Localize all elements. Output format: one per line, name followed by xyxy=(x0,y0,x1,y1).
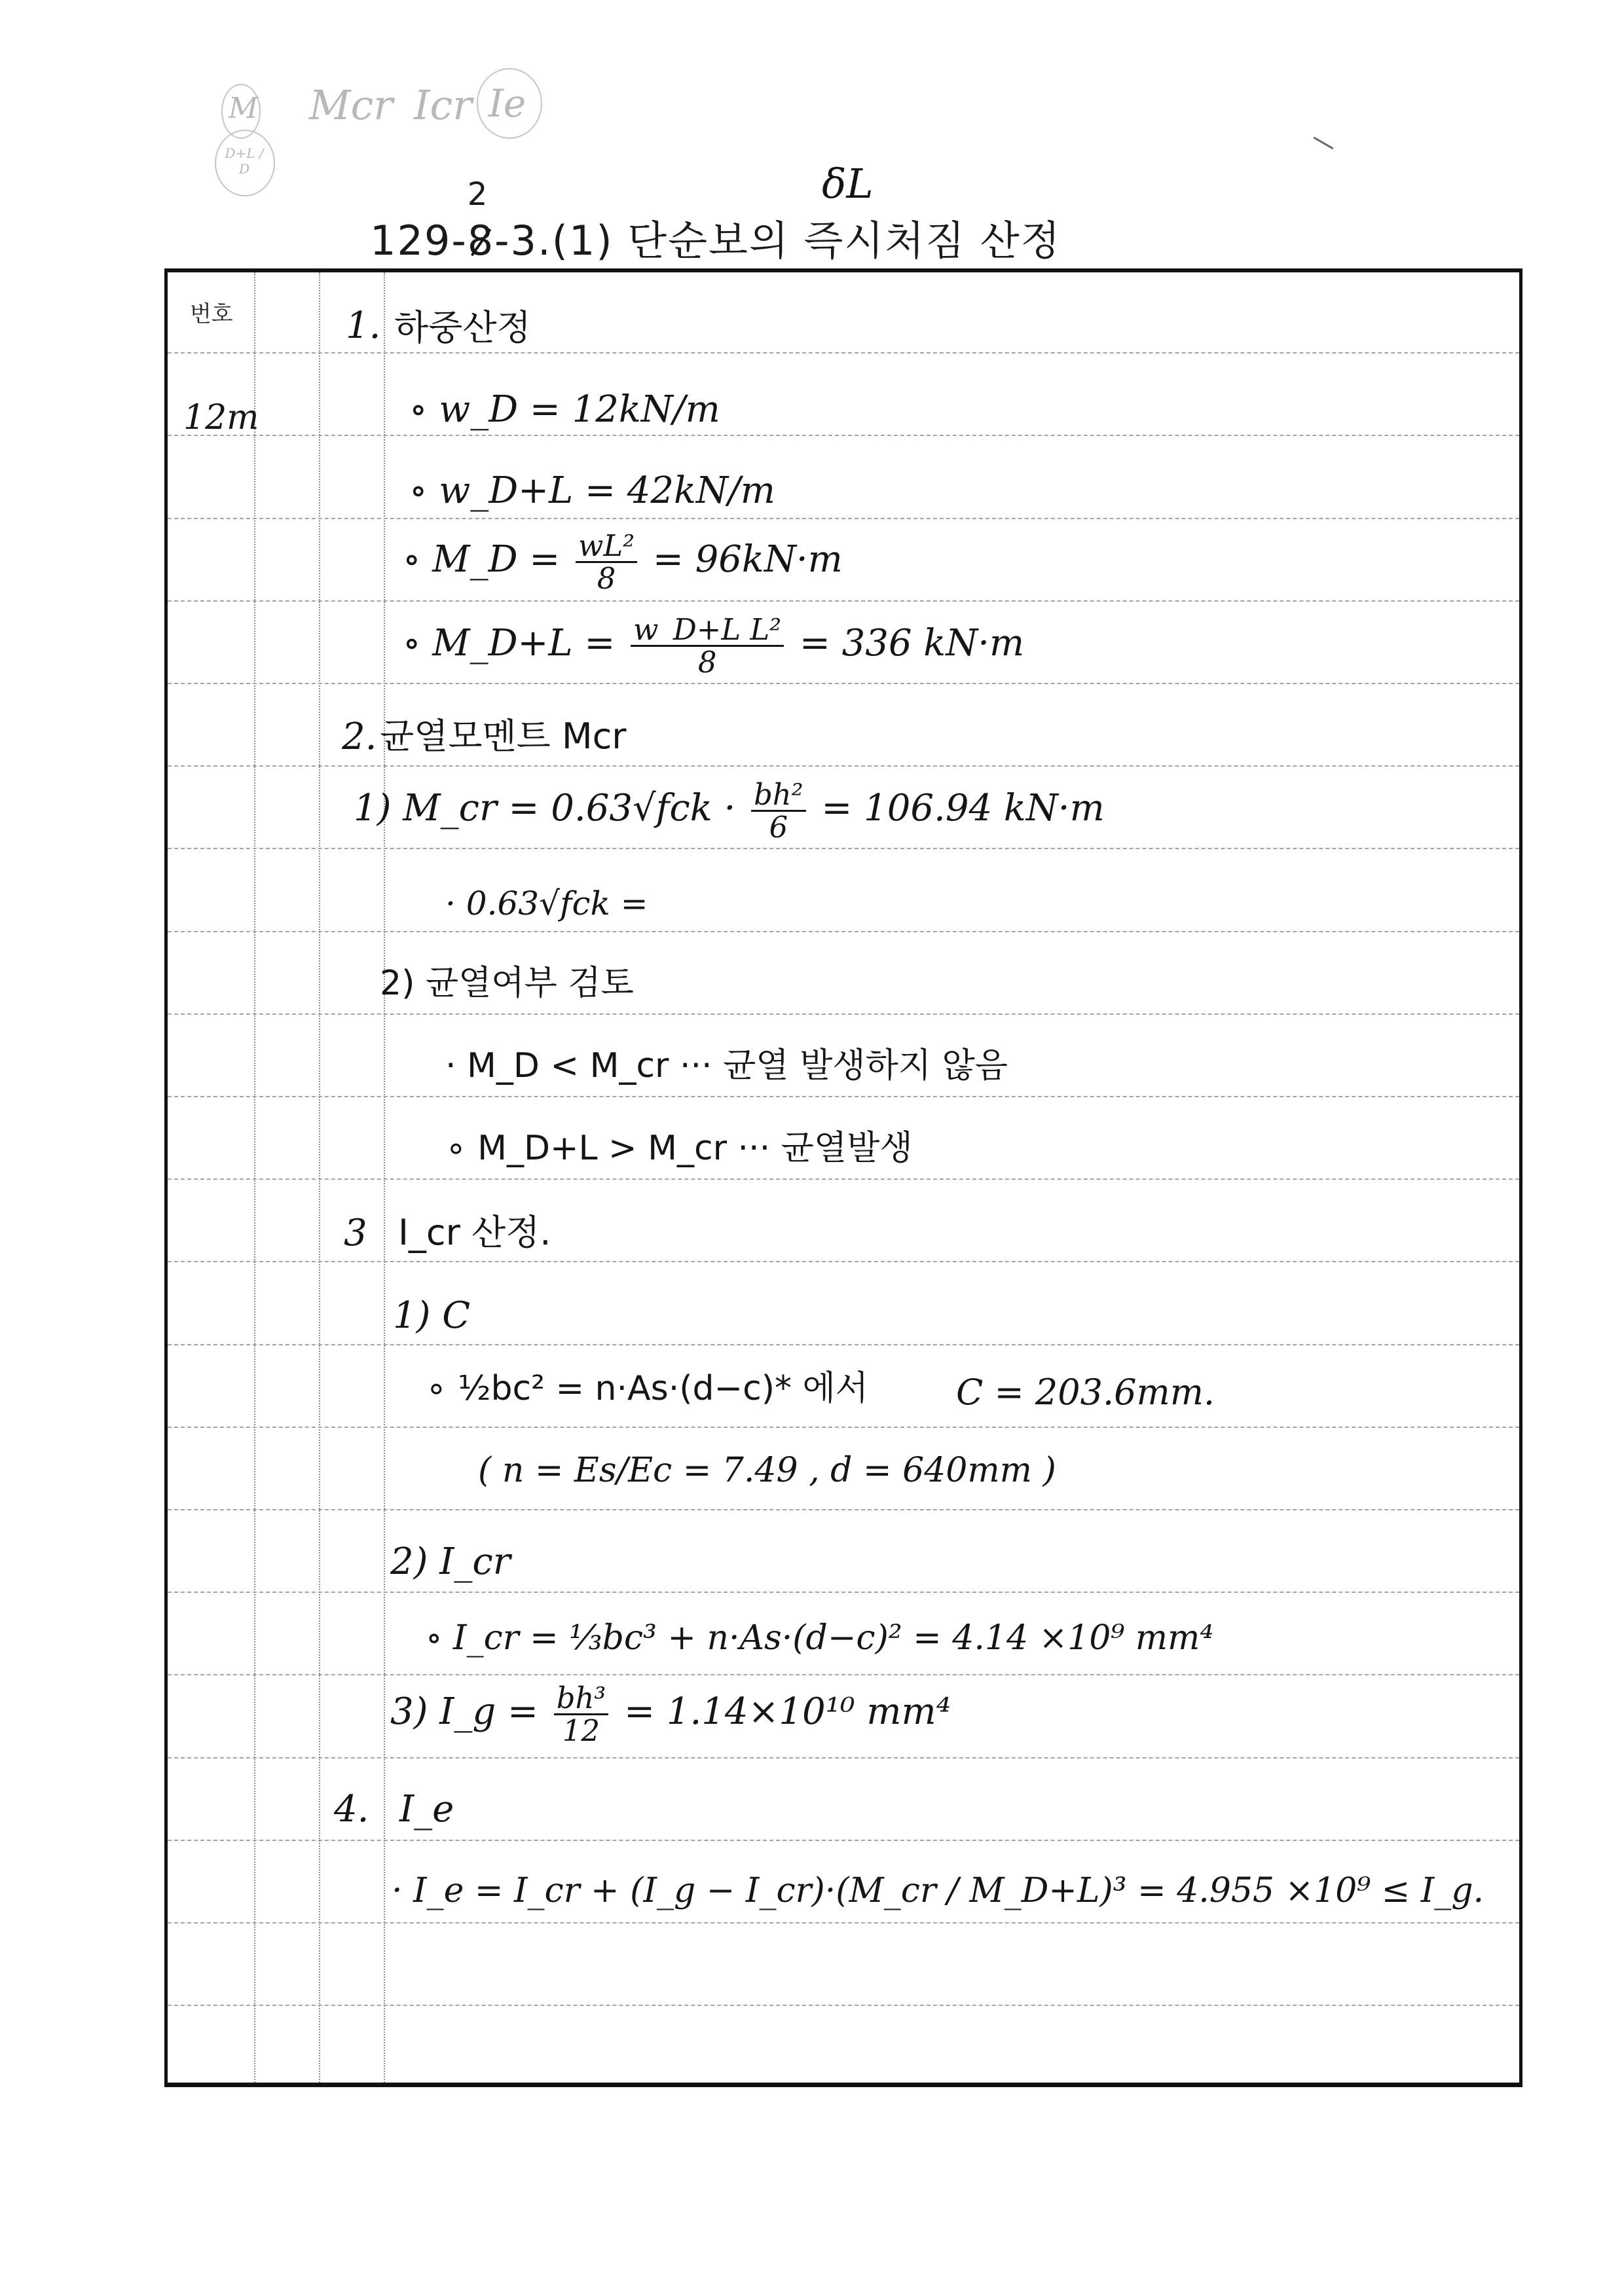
md-fraction: wL²8 xyxy=(576,530,637,594)
section-2-heading: 균열모멘트 Mcr xyxy=(380,719,626,754)
column-divider-1 xyxy=(254,272,255,2083)
row-line xyxy=(168,435,1519,436)
row-line xyxy=(168,1922,1519,1923)
row-line xyxy=(168,848,1519,849)
row-line xyxy=(168,1427,1519,1428)
row-line xyxy=(168,683,1519,684)
crack-check-heading: 2) 균열여부 검토 xyxy=(380,966,634,1000)
c-equation: ∘ ½bc² = n·As·(d−c)* 에서 xyxy=(426,1372,868,1406)
section-1-heading: 하중산정 xyxy=(394,310,531,346)
crack-check-total: ∘ M_D+L > M_cr ··· 균열발생 xyxy=(445,1131,913,1165)
ig-formula: 3) I_g = bh³12 = 1.14×10¹⁰ mm⁴ xyxy=(390,1683,951,1746)
row-line xyxy=(168,1013,1519,1015)
load-wdl: ∘ w_D+L = 42kN/m xyxy=(409,473,775,509)
number-header: 번호 xyxy=(190,296,233,328)
mcr-formula: 1) M_cr = 0.63√fck · bh²6 = 106.94 kN·m xyxy=(354,779,1105,843)
row-line xyxy=(168,1178,1519,1180)
row-line xyxy=(168,1592,1519,1593)
row-line xyxy=(168,2005,1519,2006)
moment-md: ∘ M_D = wL²8 = 96kN·m xyxy=(403,530,843,594)
row-line xyxy=(168,1509,1519,1510)
pencil-note-mcr: Mcr xyxy=(309,81,393,129)
row-line xyxy=(168,765,1519,767)
section-2-number: 2. xyxy=(342,719,377,756)
section-3-heading: I_cr 산정. xyxy=(398,1215,551,1250)
section-4-heading: I_e xyxy=(399,1791,454,1828)
mdl-fraction: w_D+L L²8 xyxy=(631,614,784,678)
pencil-note-m: M xyxy=(229,92,258,125)
row-line xyxy=(168,1096,1519,1097)
span-note: 12m xyxy=(183,401,259,435)
sqrt-fck-line: · 0.63√fck = xyxy=(445,887,648,920)
column-divider-3 xyxy=(384,272,385,2083)
row-line xyxy=(168,1674,1519,1675)
row-line xyxy=(168,931,1519,932)
row-line xyxy=(168,600,1519,602)
pencil-note-dl-over-d: D+L / D xyxy=(221,145,267,177)
column-divider-2 xyxy=(319,272,320,2083)
pencil-note-icr: Icr xyxy=(414,81,472,129)
row-line xyxy=(168,1344,1519,1345)
n-definition: ( n = Es/Ec = 7.49 , d = 640mm ) xyxy=(478,1453,1056,1487)
row-line xyxy=(168,1840,1519,1841)
section-3-number: 3 xyxy=(344,1215,367,1252)
stray-mark xyxy=(1314,137,1334,150)
delta-l-label: δL xyxy=(822,160,874,208)
page-title: 129-28-3.(1) 단순보의 즉시처짐 산정 xyxy=(370,208,1061,266)
section-4-number: 4. xyxy=(334,1791,369,1828)
title-prefix: 129- xyxy=(370,217,468,264)
title-struck-digit: 28 xyxy=(468,217,494,264)
row-line xyxy=(168,1757,1519,1758)
title-suffix: -3.(1) 단순보의 즉시처짐 산정 xyxy=(494,217,1061,264)
c-result: C = 203.6mm. xyxy=(956,1375,1215,1410)
ie-equation: · I_e = I_cr + (I_g − I_cr)·(M_cr / M_D+… xyxy=(392,1874,1484,1908)
load-wd: ∘ w_D = 12kN/m xyxy=(409,392,720,428)
c-heading: 1) C xyxy=(393,1298,470,1334)
icr-equation: ∘ I_cr = ⅓bc³ + n·As·(d−c)² = 4.14 ×10⁹ … xyxy=(426,1621,1213,1655)
row-line xyxy=(168,1261,1519,1262)
section-1-number: 1. xyxy=(346,308,380,344)
title-correction-digit: 2 xyxy=(468,176,489,213)
icr-heading: 2) I_cr xyxy=(390,1544,511,1580)
mcr-fraction: bh²6 xyxy=(751,779,806,843)
crack-check-dead: · M_D < M_cr ··· 균열 발생하지 않음 xyxy=(445,1049,1008,1083)
moment-mdl: ∘ M_D+L = w_D+L L²8 = 336 kN·m xyxy=(403,614,1024,678)
ig-fraction: bh³12 xyxy=(554,1683,609,1746)
row-line xyxy=(168,518,1519,519)
row-line xyxy=(168,352,1519,354)
pencil-note-ie: Ie xyxy=(489,81,526,126)
